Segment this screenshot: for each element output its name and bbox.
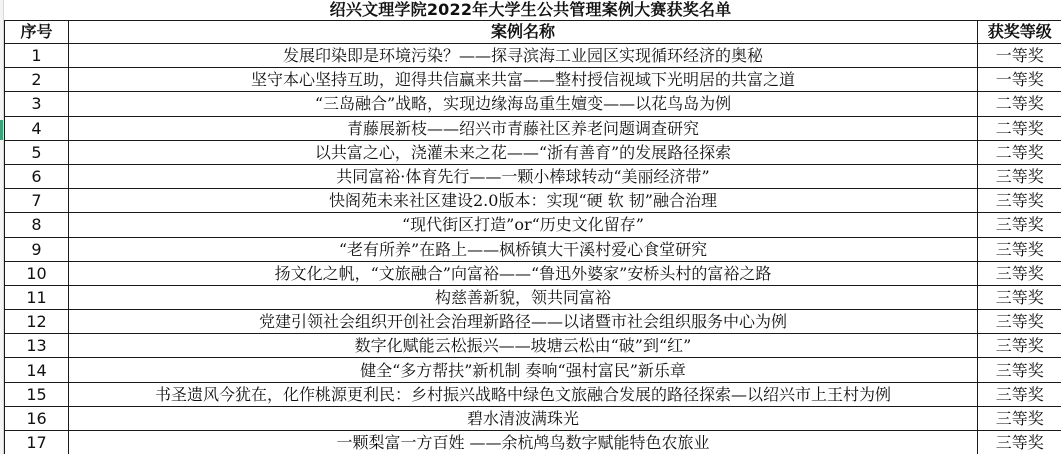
- cell-case-name[interactable]: “三岛融合”战略，实现边缘海岛重生嬗变——以花鸟岛为例: [69, 92, 978, 116]
- cell-case-name[interactable]: 构慈善新貌，领共同富裕: [69, 285, 978, 309]
- cell-award-level[interactable]: 三等奖: [978, 334, 1061, 358]
- table-row: 13数字化赋能云松振兴——坡塘云松由“破”到“红”三等奖: [5, 334, 1061, 358]
- cell-case-name[interactable]: 碧水清波满珠光: [69, 406, 978, 430]
- table-row: 17一颗梨富一方百姓 ——余杭鸬鸟数字赋能特色农旅业三等奖: [5, 431, 1061, 454]
- spreadsheet: 绍兴文理学院2022年大学生公共管理案例大赛获奖名单 序号 案例名称 获奖等级 …: [0, 0, 1061, 454]
- column-header-award-level[interactable]: 获奖等级: [978, 21, 1061, 44]
- cell-number[interactable]: 11: [5, 285, 69, 309]
- table-row: 7快阁苑未来社区建设2.0版本：实现“硬 软 韧”融合治理三等奖: [5, 189, 1061, 213]
- cell-award-level[interactable]: 一等奖: [978, 68, 1061, 92]
- selected-row-marker: [0, 120, 3, 140]
- cell-number[interactable]: 6: [5, 164, 69, 188]
- cell-award-level[interactable]: 三等奖: [978, 237, 1061, 261]
- cell-case-name[interactable]: 共同富裕·体育先行——一颗小棒球转动“美丽经济带”: [69, 164, 978, 188]
- cell-case-name[interactable]: 青藤展新枝——绍兴市青藤社区养老问题调查研究: [69, 116, 978, 140]
- cell-award-level[interactable]: 三等奖: [978, 164, 1061, 188]
- cell-award-level[interactable]: 二等奖: [978, 116, 1061, 140]
- cell-award-level[interactable]: 一等奖: [978, 44, 1061, 68]
- cell-award-level[interactable]: 三等奖: [978, 406, 1061, 430]
- cell-number[interactable]: 16: [5, 406, 69, 430]
- cell-case-name[interactable]: 快阁苑未来社区建设2.0版本：实现“硬 软 韧”融合治理: [69, 189, 978, 213]
- table-row: 5以共富之心，浇灌未来之花——“浙有善育”的发展路径探索二等奖: [5, 140, 1061, 164]
- table-row: 15书圣遗风今犹在，化作桃源更利民：乡村振兴战略中绿色文旅融合发展的路径探索—以…: [5, 382, 1061, 406]
- cell-number[interactable]: 15: [5, 382, 69, 406]
- cell-case-name[interactable]: 书圣遗风今犹在，化作桃源更利民：乡村振兴战略中绿色文旅融合发展的路径探索—以绍兴…: [69, 382, 978, 406]
- cell-award-level[interactable]: 三等奖: [978, 431, 1061, 454]
- cell-number[interactable]: 7: [5, 189, 69, 213]
- column-header-number[interactable]: 序号: [5, 21, 69, 44]
- cell-number[interactable]: 14: [5, 358, 69, 382]
- table-row: 2坚守本心坚持互助，迎得共信赢来共富——整村授信视域下光明居的共富之道一等奖: [5, 68, 1061, 92]
- cell-case-name[interactable]: 发展印染即是环境污染？——探寻滨海工业园区实现循环经济的奥秘: [69, 44, 978, 68]
- cell-number[interactable]: 5: [5, 140, 69, 164]
- cell-award-level[interactable]: 三等奖: [978, 261, 1061, 285]
- cell-number[interactable]: 8: [5, 213, 69, 237]
- cell-number[interactable]: 17: [5, 431, 69, 454]
- cell-case-name[interactable]: 坚守本心坚持互助，迎得共信赢来共富——整村授信视域下光明居的共富之道: [69, 68, 978, 92]
- cell-award-level[interactable]: 三等奖: [978, 285, 1061, 309]
- cell-case-name[interactable]: 健全“多方帮扶”新机制 奏响“强村富民”新乐章: [69, 358, 978, 382]
- header-row: 序号 案例名称 获奖等级: [5, 21, 1061, 44]
- table-row: 6共同富裕·体育先行——一颗小棒球转动“美丽经济带”三等奖: [5, 164, 1061, 188]
- cell-number[interactable]: 10: [5, 261, 69, 285]
- table-row: 16碧水清波满珠光三等奖: [5, 406, 1061, 430]
- table-row: 14健全“多方帮扶”新机制 奏响“强村富民”新乐章三等奖: [5, 358, 1061, 382]
- table-row: 11构慈善新貌，领共同富裕三等奖: [5, 285, 1061, 309]
- cell-case-name[interactable]: 一颗梨富一方百姓 ——余杭鸬鸟数字赋能特色农旅业: [69, 431, 978, 454]
- table-row: 3“三岛融合”战略，实现边缘海岛重生嬗变——以花鸟岛为例二等奖: [5, 92, 1061, 116]
- cell-case-name[interactable]: 数字化赋能云松振兴——坡塘云松由“破”到“红”: [69, 334, 978, 358]
- sheet-title[interactable]: 绍兴文理学院2022年大学生公共管理案例大赛获奖名单: [0, 0, 1061, 20]
- cell-award-level[interactable]: 二等奖: [978, 92, 1061, 116]
- cell-case-name[interactable]: “现代街区打造”or“历史文化留存”: [69, 213, 978, 237]
- cell-award-level[interactable]: 三等奖: [978, 213, 1061, 237]
- cell-case-name[interactable]: “老有所养”在路上——枫桥镇大干溪村爱心食堂研究: [69, 237, 978, 261]
- table-row: 8“现代街区打造”or“历史文化留存”三等奖: [5, 213, 1061, 237]
- cell-number[interactable]: 12: [5, 310, 69, 334]
- cell-case-name[interactable]: 扬文化之帆，“文旅融合”向富裕——“鲁迅外婆家”安桥头村的富裕之路: [69, 261, 978, 285]
- cell-number[interactable]: 4: [5, 116, 69, 140]
- cell-number[interactable]: 9: [5, 237, 69, 261]
- cell-number[interactable]: 3: [5, 92, 69, 116]
- table-row: 9“老有所养”在路上——枫桥镇大干溪村爱心食堂研究三等奖: [5, 237, 1061, 261]
- cell-number[interactable]: 1: [5, 44, 69, 68]
- table-row: 10扬文化之帆，“文旅融合”向富裕——“鲁迅外婆家”安桥头村的富裕之路三等奖: [5, 261, 1061, 285]
- cell-award-level[interactable]: 二等奖: [978, 140, 1061, 164]
- cell-number[interactable]: 2: [5, 68, 69, 92]
- cell-award-level[interactable]: 三等奖: [978, 189, 1061, 213]
- table-row: 4青藤展新枝——绍兴市青藤社区养老问题调查研究二等奖: [5, 116, 1061, 140]
- cell-case-name[interactable]: 党建引领社会组织开创社会治理新路径——以诸暨市社会组织服务中心为例: [69, 310, 978, 334]
- column-header-case-name[interactable]: 案例名称: [69, 21, 978, 44]
- cell-number[interactable]: 13: [5, 334, 69, 358]
- cell-award-level[interactable]: 三等奖: [978, 358, 1061, 382]
- award-table: 序号 案例名称 获奖等级 1发展印染即是环境污染？——探寻滨海工业园区实现循环经…: [4, 20, 1061, 454]
- table-row: 1发展印染即是环境污染？——探寻滨海工业园区实现循环经济的奥秘一等奖: [5, 44, 1061, 68]
- cell-award-level[interactable]: 三等奖: [978, 382, 1061, 406]
- table-row: 12党建引领社会组织开创社会治理新路径——以诸暨市社会组织服务中心为例三等奖: [5, 310, 1061, 334]
- cell-award-level[interactable]: 三等奖: [978, 310, 1061, 334]
- cell-case-name[interactable]: 以共富之心，浇灌未来之花——“浙有善育”的发展路径探索: [69, 140, 978, 164]
